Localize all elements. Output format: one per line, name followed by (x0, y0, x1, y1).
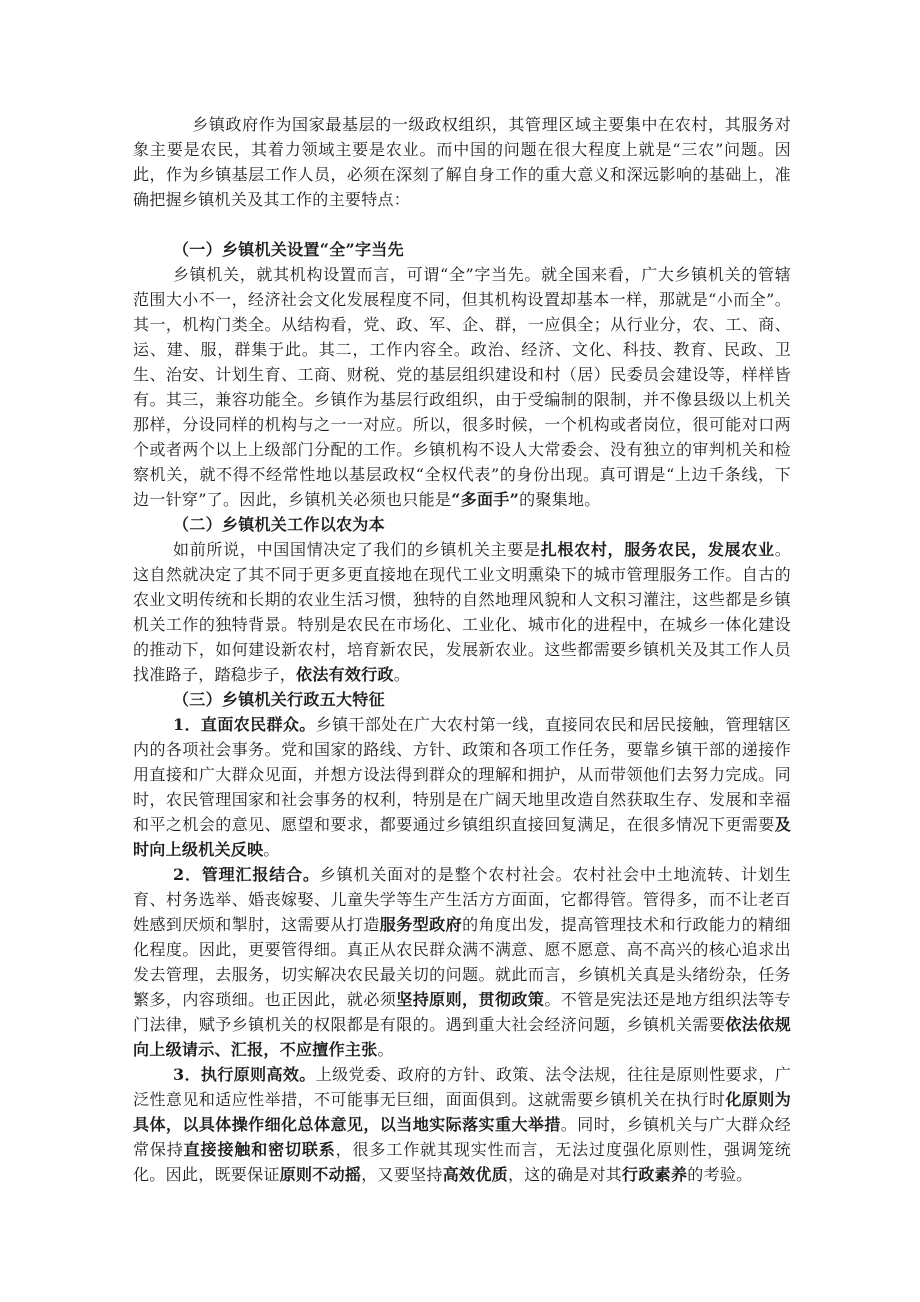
emphasis-text-run: 1．直面农民群众。 (173, 715, 316, 734)
section-heading: （二）乡镇机关工作以农为本 (133, 512, 791, 537)
emphasis-text-run: 服务型政府 (380, 915, 462, 934)
text-run: 。这自然就决定了其不同于更多更直接地在现代工业文明熏染下的城市管理服务工作。自古… (133, 540, 791, 684)
paragraph: 3．执行原则高效。上级党委、政府的方针、政策、法令法规，往往是原则性要求，广泛性… (133, 1062, 791, 1187)
emphasis-text-run: （二）乡镇机关工作以农为本 (173, 515, 385, 534)
document-page: 乡镇政府作为国家最基层的一级政权组织，其管理区域主要集中在农村，其服务对象主要是… (0, 0, 920, 1302)
emphasis-text-run: 依法有效行政 (296, 665, 394, 684)
text-run: 。 (394, 665, 410, 684)
section-heading: （三）乡镇机关行政五大特征 (133, 687, 791, 712)
text-run: 乡镇机关，就其机构设置而言，可谓“全”字当先。就全国来看，广大乡镇机关的管辖范围… (133, 265, 791, 509)
text-run: ，这的确是对其 (508, 1165, 622, 1184)
emphasis-text-run: 直接接触和密切联系 (184, 1140, 336, 1159)
emphasis-text-run: 2．管理汇报结合。 (173, 865, 320, 884)
emphasis-text-run: 高效优质 (443, 1165, 508, 1184)
emphasis-text-run: （一）乡镇机关设置“全”字当先 (173, 240, 404, 259)
text-run: 如前所说，中国国情决定了我们的乡镇机关主要是 (173, 540, 541, 559)
paragraph: 1．直面农民群众。乡镇干部处在广大农村第一线，直接同农民和居民接触，管理辖区内的… (133, 712, 791, 862)
emphasis-text-run: 3．执行原则高效。 (173, 1065, 316, 1084)
text-run: 的考验。 (687, 1165, 752, 1184)
text-run: 乡镇政府作为国家最基层的一级政权组织，其管理区域主要集中在农村，其服务对象主要是… (133, 115, 791, 209)
paragraph: 乡镇机关，就其机构设置而言，可谓“全”字当先。就全国来看，广大乡镇机关的管辖范围… (133, 262, 791, 512)
section-heading: （一）乡镇机关设置“全”字当先 (133, 237, 791, 262)
emphasis-text-run: 行政素养 (622, 1165, 687, 1184)
paragraph: 如前所说，中国国情决定了我们的乡镇机关主要是扎根农村，服务农民，发展农业。这自然… (133, 537, 791, 687)
text-run: ，又要坚持 (361, 1165, 443, 1184)
paragraph: 乡镇政府作为国家最基层的一级政权组织，其管理区域主要集中在农村，其服务对象主要是… (133, 112, 791, 212)
text-run: 的聚集地。 (519, 490, 601, 509)
text-run: 。 (378, 1040, 394, 1059)
document-body: 乡镇政府作为国家最基层的一级政权组织，其管理区域主要集中在农村，其服务对象主要是… (133, 112, 791, 1187)
text-run: 。 (263, 840, 279, 859)
emphasis-text-run: 扎根农村，服务农民，发展农业 (541, 540, 775, 559)
emphasis-text-run: （三）乡镇机关行政五大特征 (173, 690, 385, 709)
emphasis-text-run: 原则不动摇 (280, 1165, 362, 1184)
emphasis-text-run: 坚持原则，贯彻政策 (396, 990, 544, 1009)
emphasis-text-run: “多面手” (451, 490, 519, 509)
paragraph: 2．管理汇报结合。乡镇机关面对的是整个农村社会。农村社会中土地流转、计划生育、村… (133, 862, 791, 1062)
